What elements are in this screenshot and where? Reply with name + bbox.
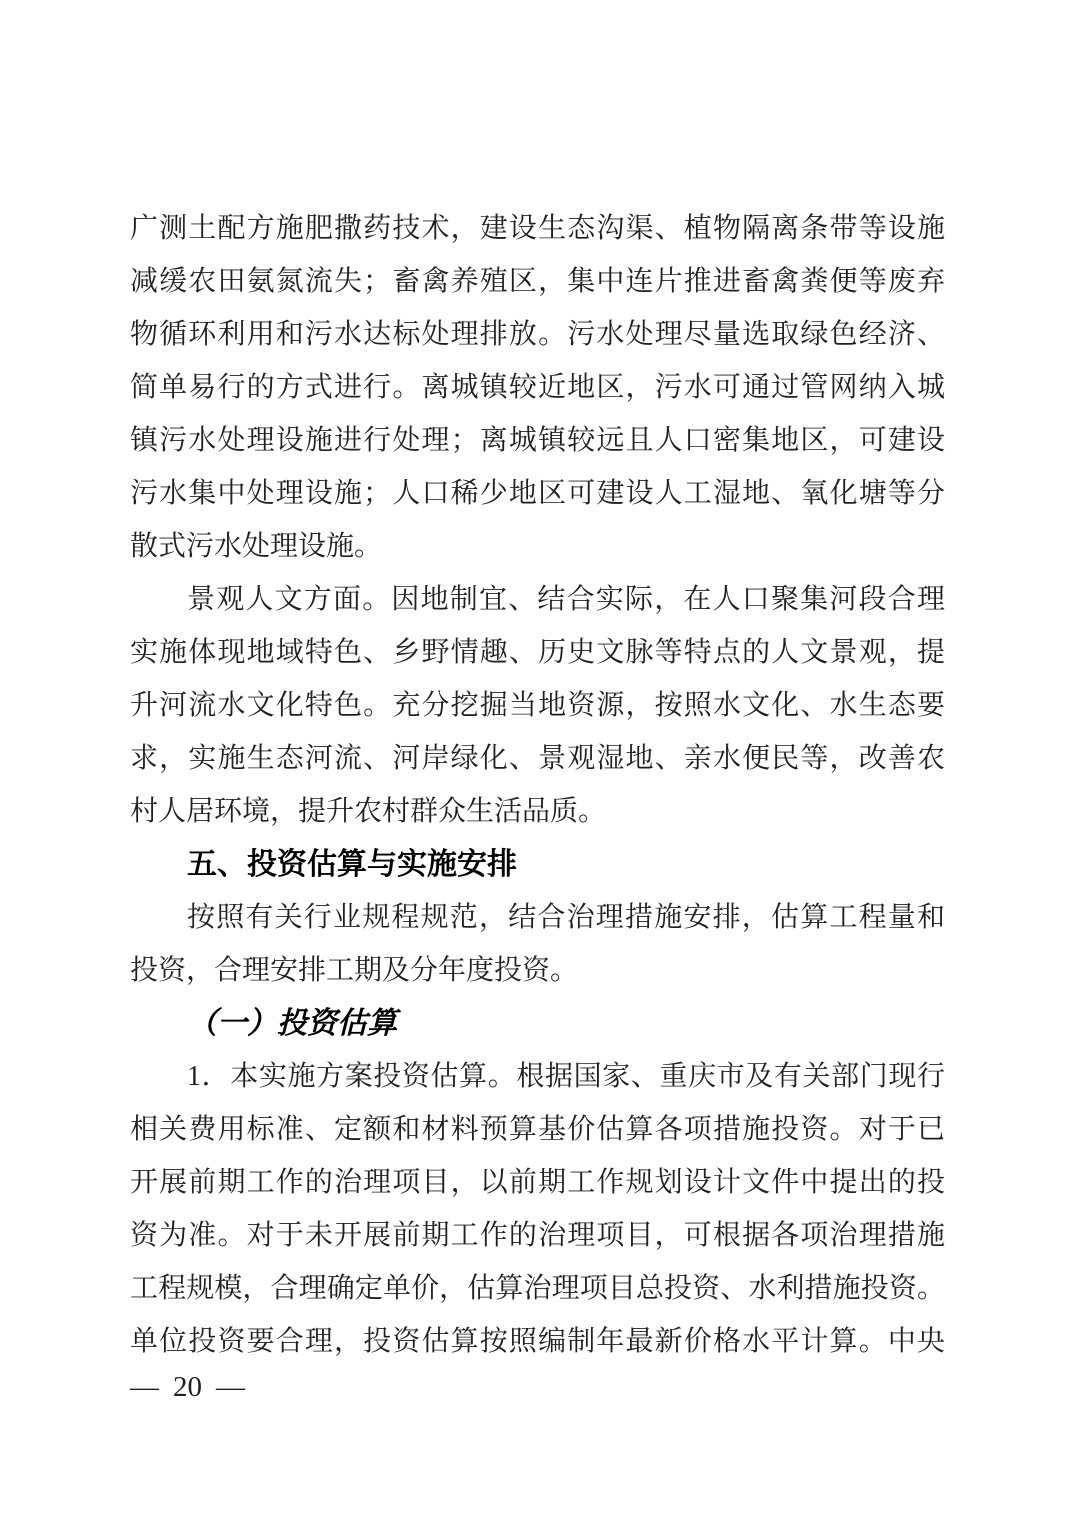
body-text-line: 工程规模，合理确定单价，估算治理项目总投资、水利措施投资。 — [130, 1262, 945, 1315]
body-text-line: 单位投资要合理，投资估算按照编制年最新价格水平计算。中央 — [130, 1315, 945, 1368]
body-text-line: 求，实施生态河流、河岸绿化、景观湿地、亲水便民等，改善农 — [130, 732, 945, 785]
document-page: 广测土配方施肥撒药技术，建设生态沟渠、植物隔离条带等设施减缓农田氨氮流失；畜禽养… — [0, 0, 1074, 1520]
footer-dash-right: — — [216, 1366, 245, 1408]
body-text-line: 开展前期工作的治理项目，以前期工作规划设计文件中提出的投 — [130, 1156, 945, 1209]
body-text-line: 资为准。对于未开展前期工作的治理项目，可根据各项治理措施 — [130, 1209, 945, 1262]
footer-dash-left: — — [130, 1366, 159, 1408]
body-text-line: 实施体现地域特色、乡野情趣、历史文脉等特点的人文景观，提 — [130, 626, 945, 679]
body-text-line: 1．本实施方案投资估算。根据国家、重庆市及有关部门现行 — [130, 1050, 945, 1103]
body-text-line: 广测土配方施肥撒药技术，建设生态沟渠、植物隔离条带等设施 — [130, 202, 945, 255]
body-text-line: 投资，合理安排工期及分年度投资。 — [130, 944, 945, 997]
body-text-line: 污水集中处理设施；人口稀少地区可建设人工湿地、氧化塘等分 — [130, 467, 945, 520]
body-text-line: 按照有关行业规程规范，结合治理措施安排，估算工程量和 — [130, 891, 945, 944]
subsection-heading: （一）投资估算 — [130, 997, 945, 1050]
page-number: 20 — [173, 1366, 202, 1408]
page-footer: —20— — [130, 1366, 245, 1408]
body-text-line: 散式污水处理设施。 — [130, 520, 945, 573]
body-text-line: 相关费用标准、定额和材料预算基价估算各项措施投资。对于已 — [130, 1103, 945, 1156]
body-text-line: 升河流水文化特色。充分挖掘当地资源，按照水文化、水生态要 — [130, 679, 945, 732]
document-body: 广测土配方施肥撒药技术，建设生态沟渠、植物隔离条带等设施减缓农田氨氮流失；畜禽养… — [130, 202, 945, 1368]
section-heading: 五、投资估算与实施安排 — [130, 838, 945, 891]
body-text-line: 景观人文方面。因地制宜、结合实际，在人口聚集河段合理 — [130, 573, 945, 626]
body-text-line: 村人居环境，提升农村群众生活品质。 — [130, 785, 945, 838]
body-text-line: 镇污水处理设施进行处理；离城镇较远且人口密集地区，可建设 — [130, 414, 945, 467]
body-text-line: 物循环利用和污水达标处理排放。污水处理尽量选取绿色经济、 — [130, 308, 945, 361]
body-text-line: 简单易行的方式进行。离城镇较近地区，污水可通过管网纳入城 — [130, 361, 945, 414]
body-text-line: 减缓农田氨氮流失；畜禽养殖区，集中连片推进畜禽粪便等废弃 — [130, 255, 945, 308]
